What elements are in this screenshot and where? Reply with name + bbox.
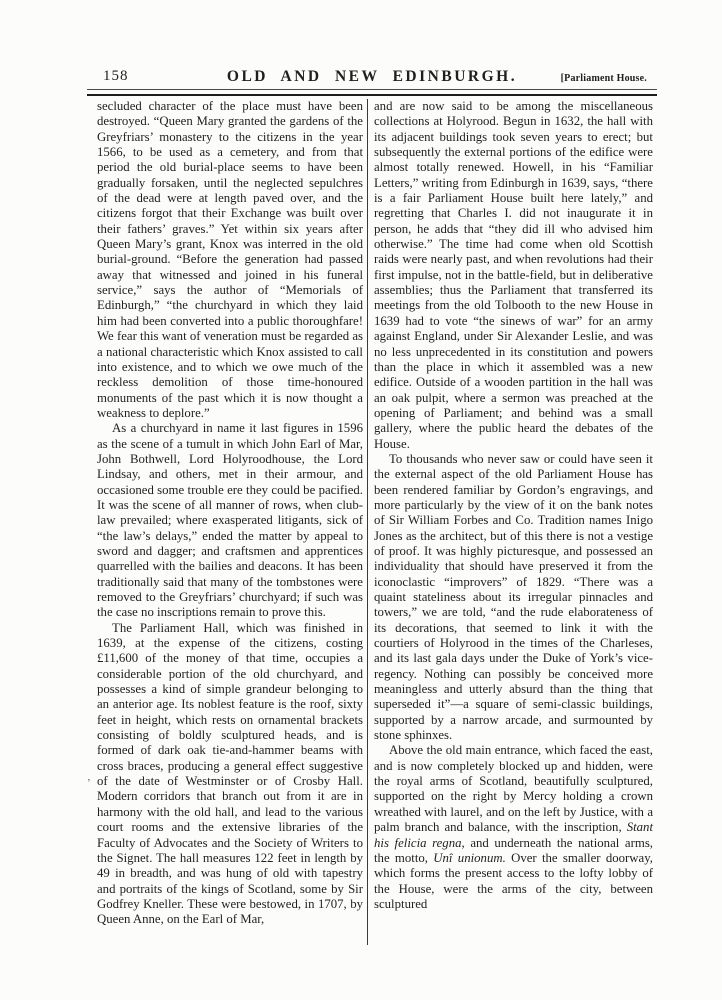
header-rule (87, 89, 657, 96)
text-run: To thousands who never saw or could have… (374, 452, 653, 742)
column-divider (367, 99, 368, 945)
text-run: Above the old main entrance, which faced… (374, 743, 653, 834)
paragraph: As a churchyard in name it last figures … (97, 421, 363, 620)
italic-phrase: Unî unionum. (433, 851, 505, 865)
page-header: 158 OLD AND NEW EDINBURGH. [Parliament H… (87, 63, 657, 87)
book-page: 158 OLD AND NEW EDINBURGH. [Parliament H… (0, 0, 722, 1000)
paragraph: Above the old main entrance, which faced… (374, 743, 653, 912)
paragraph: secluded character of the place must hav… (97, 99, 363, 421)
paragraph: To thousands who never saw or could have… (374, 452, 653, 744)
margin-mark: ’ (87, 777, 91, 789)
text-run: As a churchyard in name it last figures … (97, 421, 363, 619)
column-right: and are now said to be among the miscell… (374, 99, 653, 945)
text-run: The Parliament Hall, which was finished … (97, 621, 363, 927)
column-left: secluded character of the place must hav… (97, 99, 363, 945)
text-columns: secluded character of the place must hav… (97, 99, 653, 945)
running-head: [Parliament House. (561, 73, 647, 84)
text-run: and are now said to be among the miscell… (374, 99, 653, 451)
text-run: secluded character of the place must hav… (97, 99, 363, 420)
paragraph: The Parliament Hall, which was finished … (97, 621, 363, 928)
paragraph: and are now said to be among the miscell… (374, 99, 653, 452)
